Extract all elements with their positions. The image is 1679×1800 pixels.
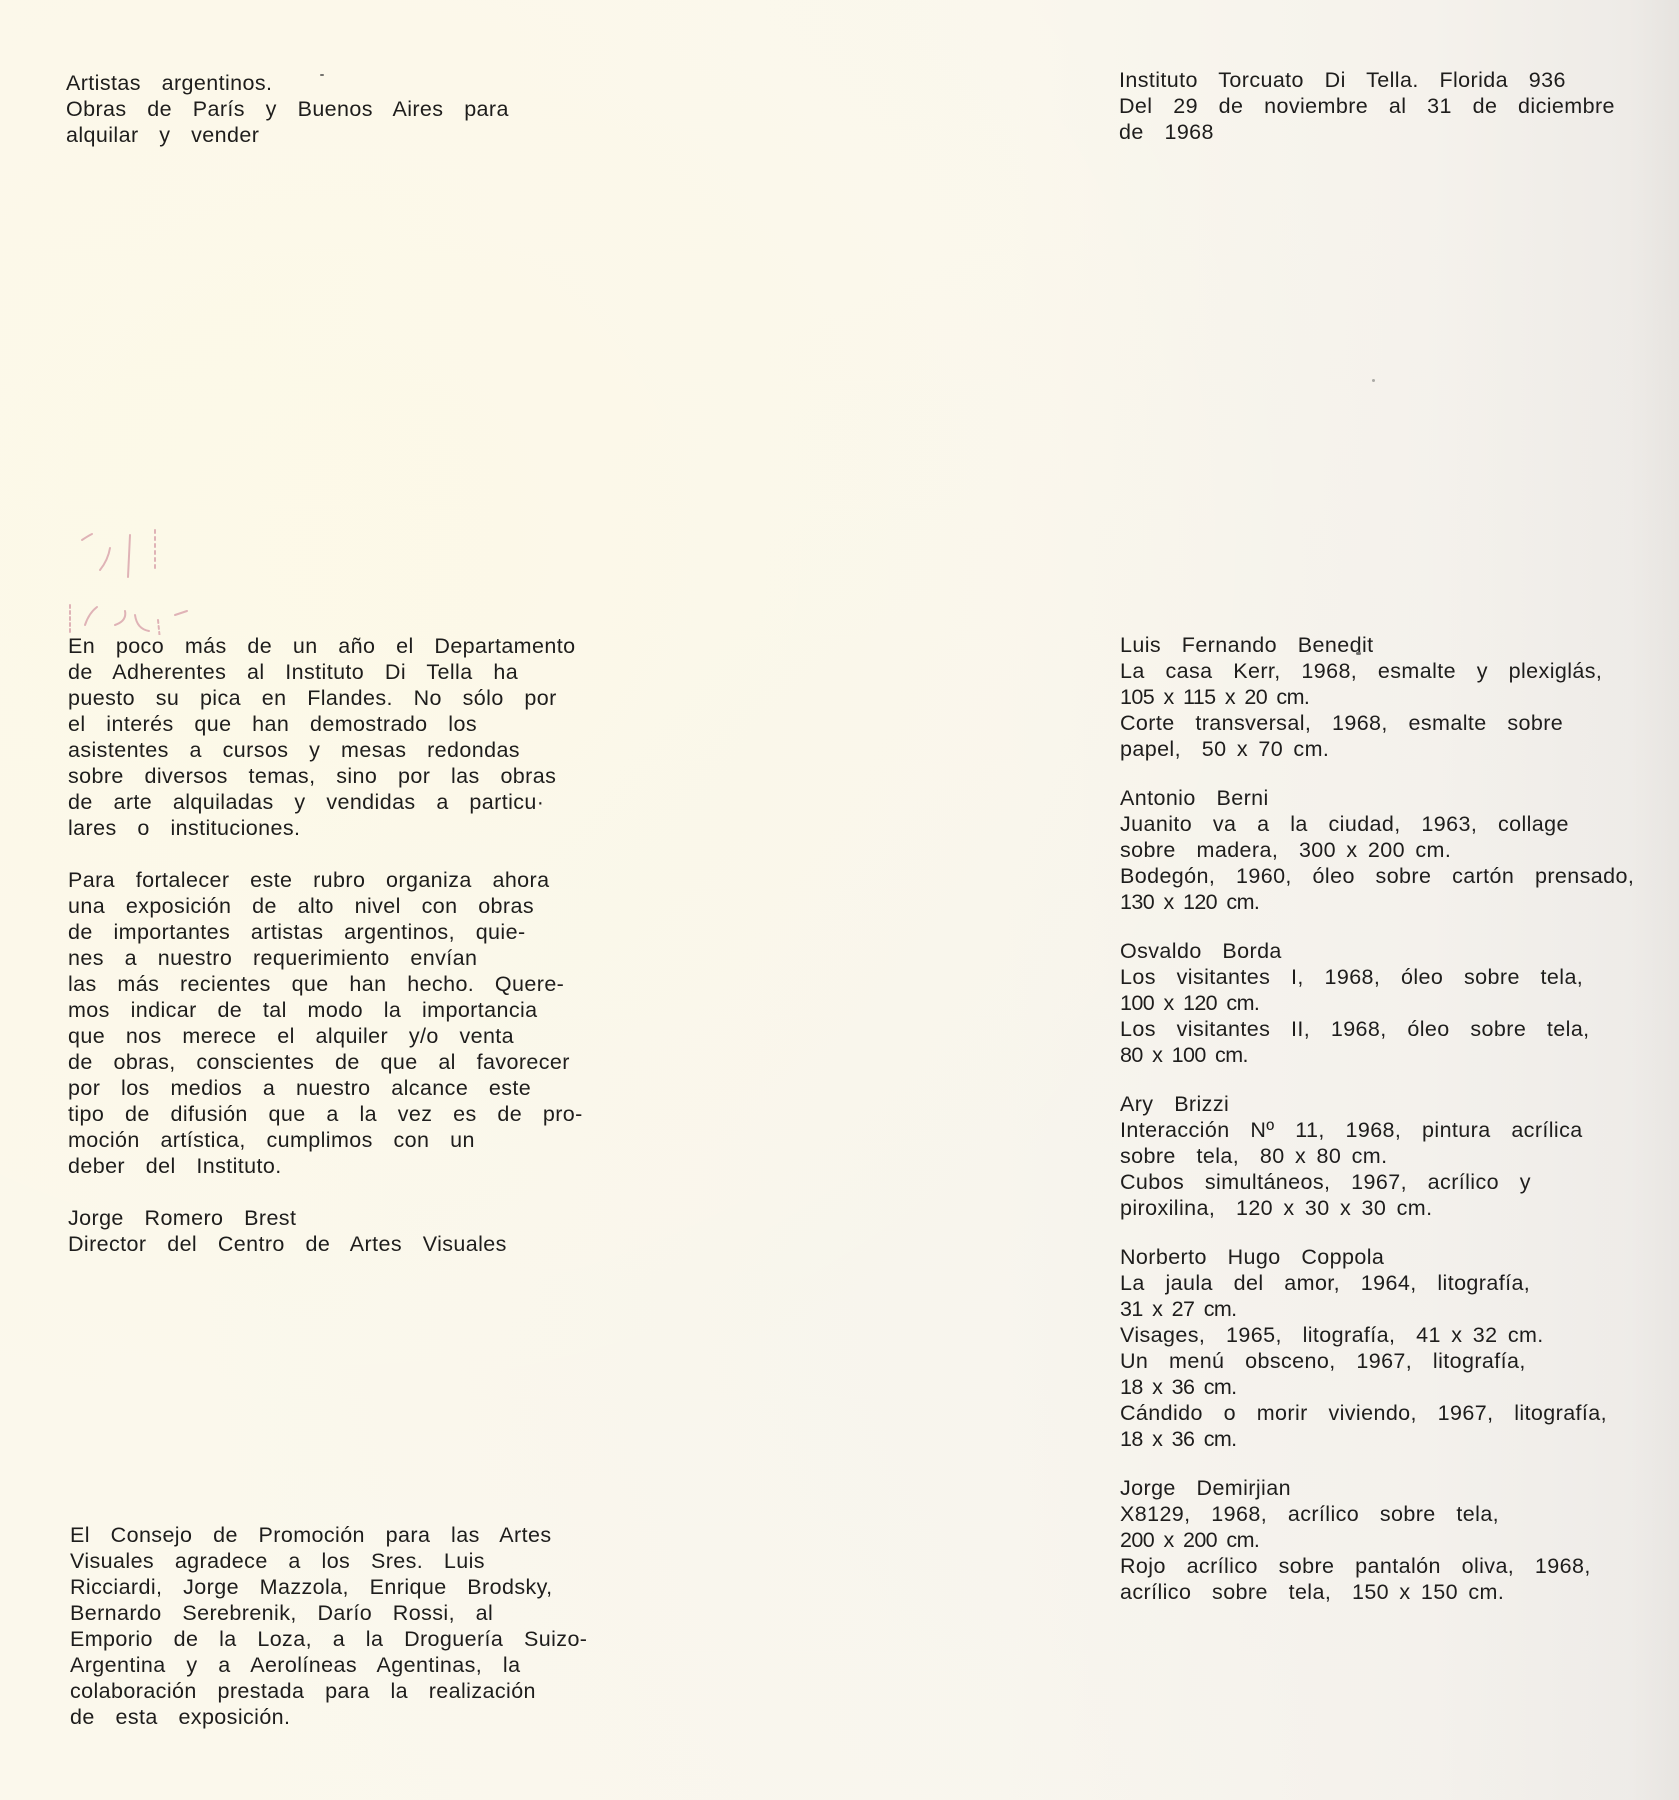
introduction: En poco más de un año el Departamento de… [68,633,583,1283]
subtitle-line: Obras de París y Buenos Aires para [66,96,509,122]
artwork-line: 105 x 115 x 20 cm. [1120,684,1634,710]
text-line: Emporio de la Loza, a la Droguería Suizo… [70,1626,587,1652]
text-line: Ricciardi, Jorge Mazzola, Enrique Brodsk… [70,1574,587,1600]
text-line: moción artística, cumplimos con un [68,1127,583,1153]
text-line: Bernardo Serebrenik, Darío Rossi, al [70,1600,587,1626]
artist-name: Jorge Demirjian [1120,1475,1634,1501]
artist-name: Antonio Berni [1120,785,1634,811]
text-line: En poco más de un año el Departamento [68,633,583,659]
artist-list: Luis Fernando Benedit La casa Kerr, 1968… [1120,632,1634,1628]
text-line: asistentes a cursos y mesas redondas [68,737,583,763]
dates-line: de 1968 [1119,119,1615,145]
subtitle-line: alquilar y vender [66,122,509,148]
artwork-line: Los visitantes II, 1968, óleo sobre tela… [1120,1016,1634,1042]
artwork-line: 200 x 200 cm. [1120,1527,1634,1553]
artwork-line: Bodegón, 1960, óleo sobre cartón prensad… [1120,863,1634,889]
artwork-line: La casa Kerr, 1968, esmalte y plexiglás, [1120,658,1634,684]
text-line: de arte alquiladas y vendidas a particu· [68,789,583,815]
artwork-line: Un menú obsceno, 1967, litografía, [1120,1348,1634,1374]
signature-title: Director del Centro de Artes Visuales [68,1231,583,1257]
artist-entry: Osvaldo Borda Los visitantes I, 1968, ól… [1120,938,1634,1068]
text-line: de Adherentes al Instituto Di Tella ha [68,659,583,685]
text-line: lares o instituciones. [68,815,583,841]
title-line: Artistas argentinos. [66,70,509,96]
artwork-line: piroxilina, 120 x 30 x 30 cm. [1120,1195,1634,1221]
text-line: de obras, conscientes de que al favorece… [68,1049,583,1075]
artwork-line: Cubos simultáneos, 1967, acrílico y [1120,1169,1634,1195]
acknowledgements: El Consejo de Promoción para las Artes V… [70,1522,587,1730]
artist-name: Luis Fernando Benedit [1120,632,1634,658]
text-line: tipo de difusión que a la vez es de pro- [68,1101,583,1127]
artist-name: Norberto Hugo Coppola [1120,1244,1634,1270]
text-line: colaboración prestada para la realizació… [70,1678,587,1704]
artwork-line: acrílico sobre tela, 150 x 150 cm. [1120,1579,1634,1605]
intro-paragraph: En poco más de un año el Departamento de… [68,633,583,841]
artwork-line: X8129, 1968, acrílico sobre tela, [1120,1501,1634,1527]
intro-paragraph: Para fortalecer este rubro organiza ahor… [68,867,583,1179]
dates-line: Del 29 de noviembre al 31 de diciembre [1119,93,1615,119]
text-line: de esta exposición. [70,1704,587,1730]
artwork-line: Juanito va a la ciudad, 1963, collage [1120,811,1634,837]
text-line: sobre diversos temas, sino por las obras [68,763,583,789]
paper-speck [1372,379,1375,382]
text-line: Para fortalecer este rubro organiza ahor… [68,867,583,893]
text-line: las más recientes que han hecho. Quere- [68,971,583,997]
artwork-line: Corte transversal, 1968, esmalte sobre [1120,710,1634,736]
artwork-line: La jaula del amor, 1964, litografía, [1120,1270,1634,1296]
text-line: que nos merece el alquiler y/o venta [68,1023,583,1049]
artwork-line: Cándido o morir viviendo, 1967, litograf… [1120,1400,1634,1426]
artwork-line: 18 x 36 cm. [1120,1426,1634,1452]
text-line: puesto su pica en Flandes. No sólo por [68,685,583,711]
artist-entry: Ary Brizzi Interacción Nº 11, 1968, pint… [1120,1091,1634,1221]
artwork-line: Rojo acrílico sobre pantalón oliva, 1968… [1120,1553,1634,1579]
artwork-line: sobre madera, 300 x 200 cm. [1120,837,1634,863]
artist-name: Ary Brizzi [1120,1091,1634,1117]
artwork-line: Interacción Nº 11, 1968, pintura acrílic… [1120,1117,1634,1143]
signature: Jorge Romero Brest Director del Centro d… [68,1205,583,1257]
signature-name: Jorge Romero Brest [68,1205,583,1231]
artist-entry: Antonio Berni Juanito va a la ciudad, 19… [1120,785,1634,915]
venue-and-dates: Instituto Torcuato Di Tella. Florida 936… [1119,67,1615,145]
artist-entry: Luis Fernando Benedit La casa Kerr, 1968… [1120,632,1634,762]
text-line: nes a nuestro requerimiento envían [68,945,583,971]
text-line: Visuales agradece a los Sres. Luis [70,1548,587,1574]
artwork-line: sobre tela, 80 x 80 cm. [1120,1143,1634,1169]
artist-entry: Norberto Hugo Coppola La jaula del amor,… [1120,1244,1634,1452]
artwork-line: Visages, 1965, litografía, 41 x 32 cm. [1120,1322,1634,1348]
artwork-line: 31 x 27 cm. [1120,1296,1634,1322]
catalog-title: Artistas argentinos. Obras de París y Bu… [66,70,509,148]
text-line: mos indicar de tal modo la importancia [68,997,583,1023]
artwork-line: Los visitantes I, 1968, óleo sobre tela, [1120,964,1634,990]
text-line: una exposición de alto nivel con obras [68,893,583,919]
artwork-line: 80 x 100 cm. [1120,1042,1634,1068]
text-line: por los medios a nuestro alcance este [68,1075,583,1101]
text-line: el interés que han demostrado los [68,711,583,737]
text-line: deber del Instituto. [68,1153,583,1179]
artwork-line: 130 x 120 cm. [1120,889,1634,915]
faint-stamp-mark [60,505,260,635]
artwork-line: 100 x 120 cm. [1120,990,1634,1016]
text-line: Argentina y a Aerolíneas Agentinas, la [70,1652,587,1678]
text-line: de importantes artistas argentinos, quie… [68,919,583,945]
artist-name: Osvaldo Borda [1120,938,1634,964]
artwork-line: 18 x 36 cm. [1120,1374,1634,1400]
artist-entry: Jorge Demirjian X8129, 1968, acrílico so… [1120,1475,1634,1605]
artwork-line: papel, 50 x 70 cm. [1120,736,1634,762]
text-line: El Consejo de Promoción para las Artes [70,1522,587,1548]
venue-line: Instituto Torcuato Di Tella. Florida 936 [1119,67,1615,93]
